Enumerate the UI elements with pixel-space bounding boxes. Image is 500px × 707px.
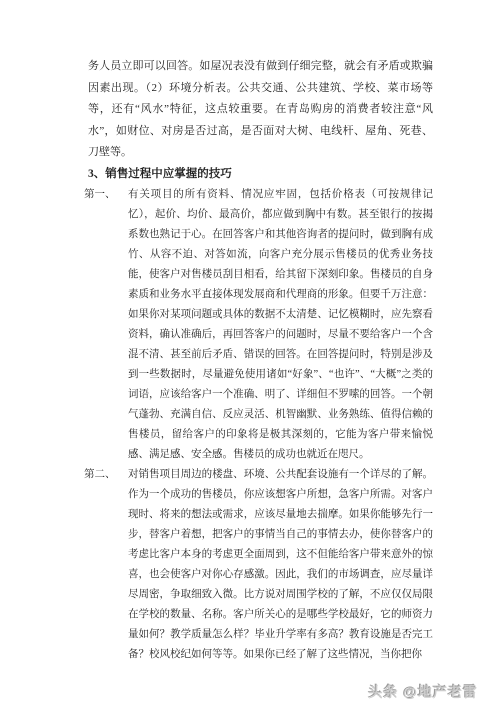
list-item-second: 第二、 对销售项目周边的楼盘、环境、公共配套设施有一个详尽的了解。作为一个成功的… — [84, 465, 433, 665]
toutiao-watermark: 头条 @地产老雷 — [368, 682, 478, 702]
section-heading: 3、销售过程中应掌握的技巧 — [88, 164, 433, 186]
list-item-text: 对销售项目周边的楼盘、环境、公共配套设施有一个详尽的了解。作为一个成功的售楼员，… — [128, 465, 433, 665]
list-item-label: 第一、 — [84, 185, 128, 465]
intro-paragraph: 务人员立即可以回答。如屋况表没有做到仔细完整，就会有矛盾或欺骗因素出现。（2）环… — [88, 56, 433, 164]
list-item-label: 第二、 — [84, 465, 128, 665]
list-item-first: 第一、 有关项目的所有资料、情况应牢固，包括价格表（可按规律记忆），起价、均价、… — [84, 185, 433, 465]
list-item-text: 有关项目的所有资料、情况应牢固，包括价格表（可按规律记忆），起价、均价、最高价，… — [128, 185, 433, 465]
document-page: 务人员立即可以回答。如屋况表没有做到仔细完整，就会有矛盾或欺骗因素出现。（2）环… — [0, 0, 500, 707]
